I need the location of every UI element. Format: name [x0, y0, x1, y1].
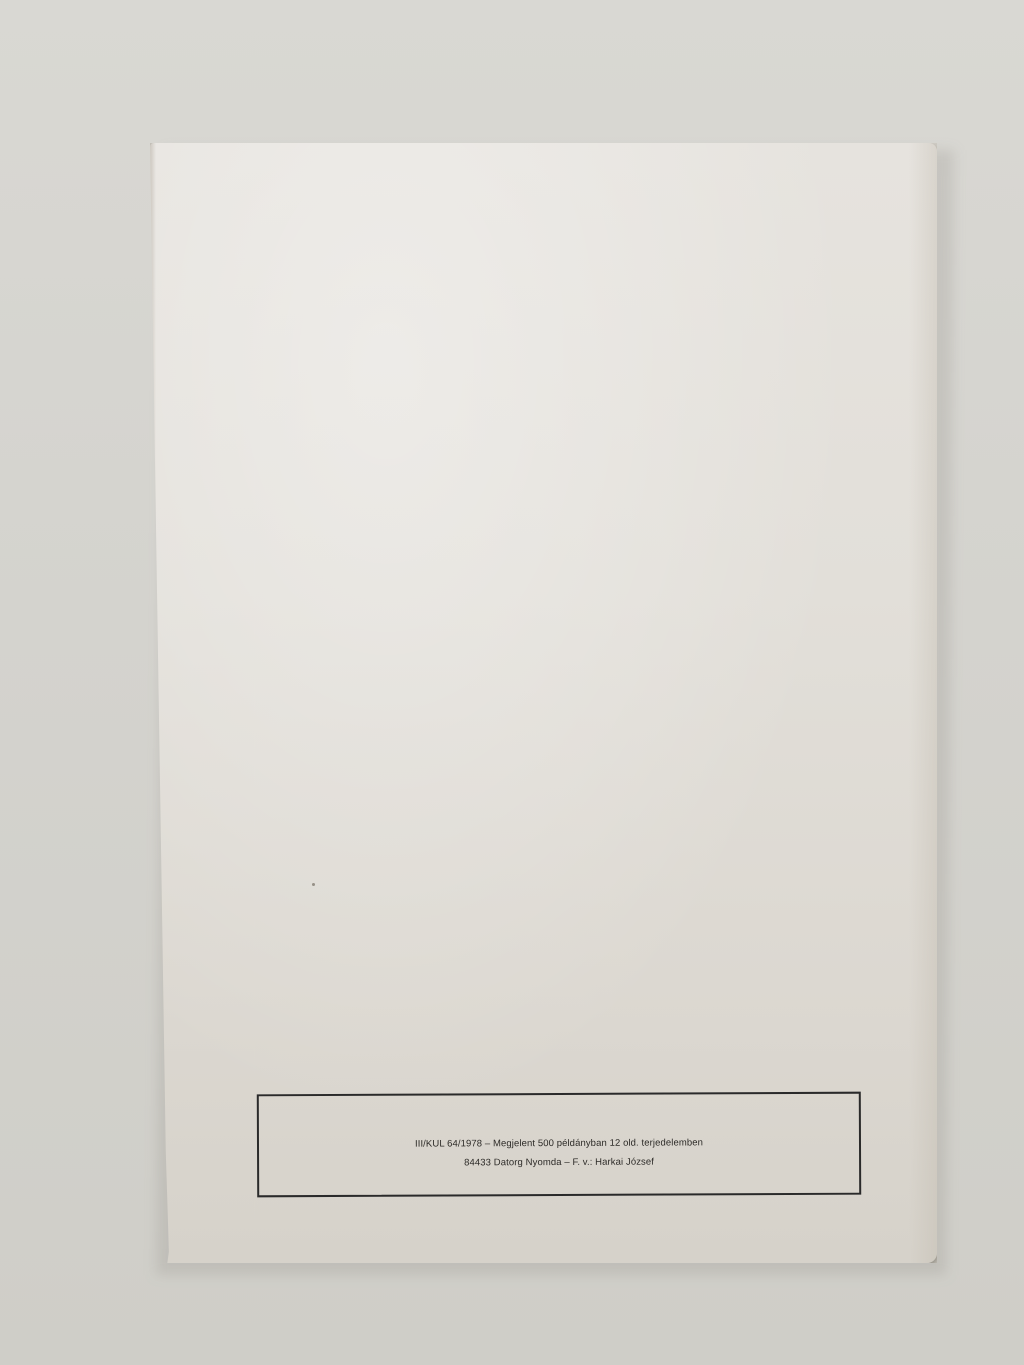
imprint-line-publication: III/KUL 64/1978 – Megjelent 500 példányb…	[259, 1137, 859, 1151]
imprint-line-printer: 84433 Datorg Nyomda – F. v.: Harkai Józs…	[259, 1156, 859, 1170]
paper-speck	[312, 883, 315, 886]
imprint-box: III/KUL 64/1978 – Megjelent 500 példányb…	[257, 1092, 861, 1198]
spine-fold	[909, 143, 937, 1263]
